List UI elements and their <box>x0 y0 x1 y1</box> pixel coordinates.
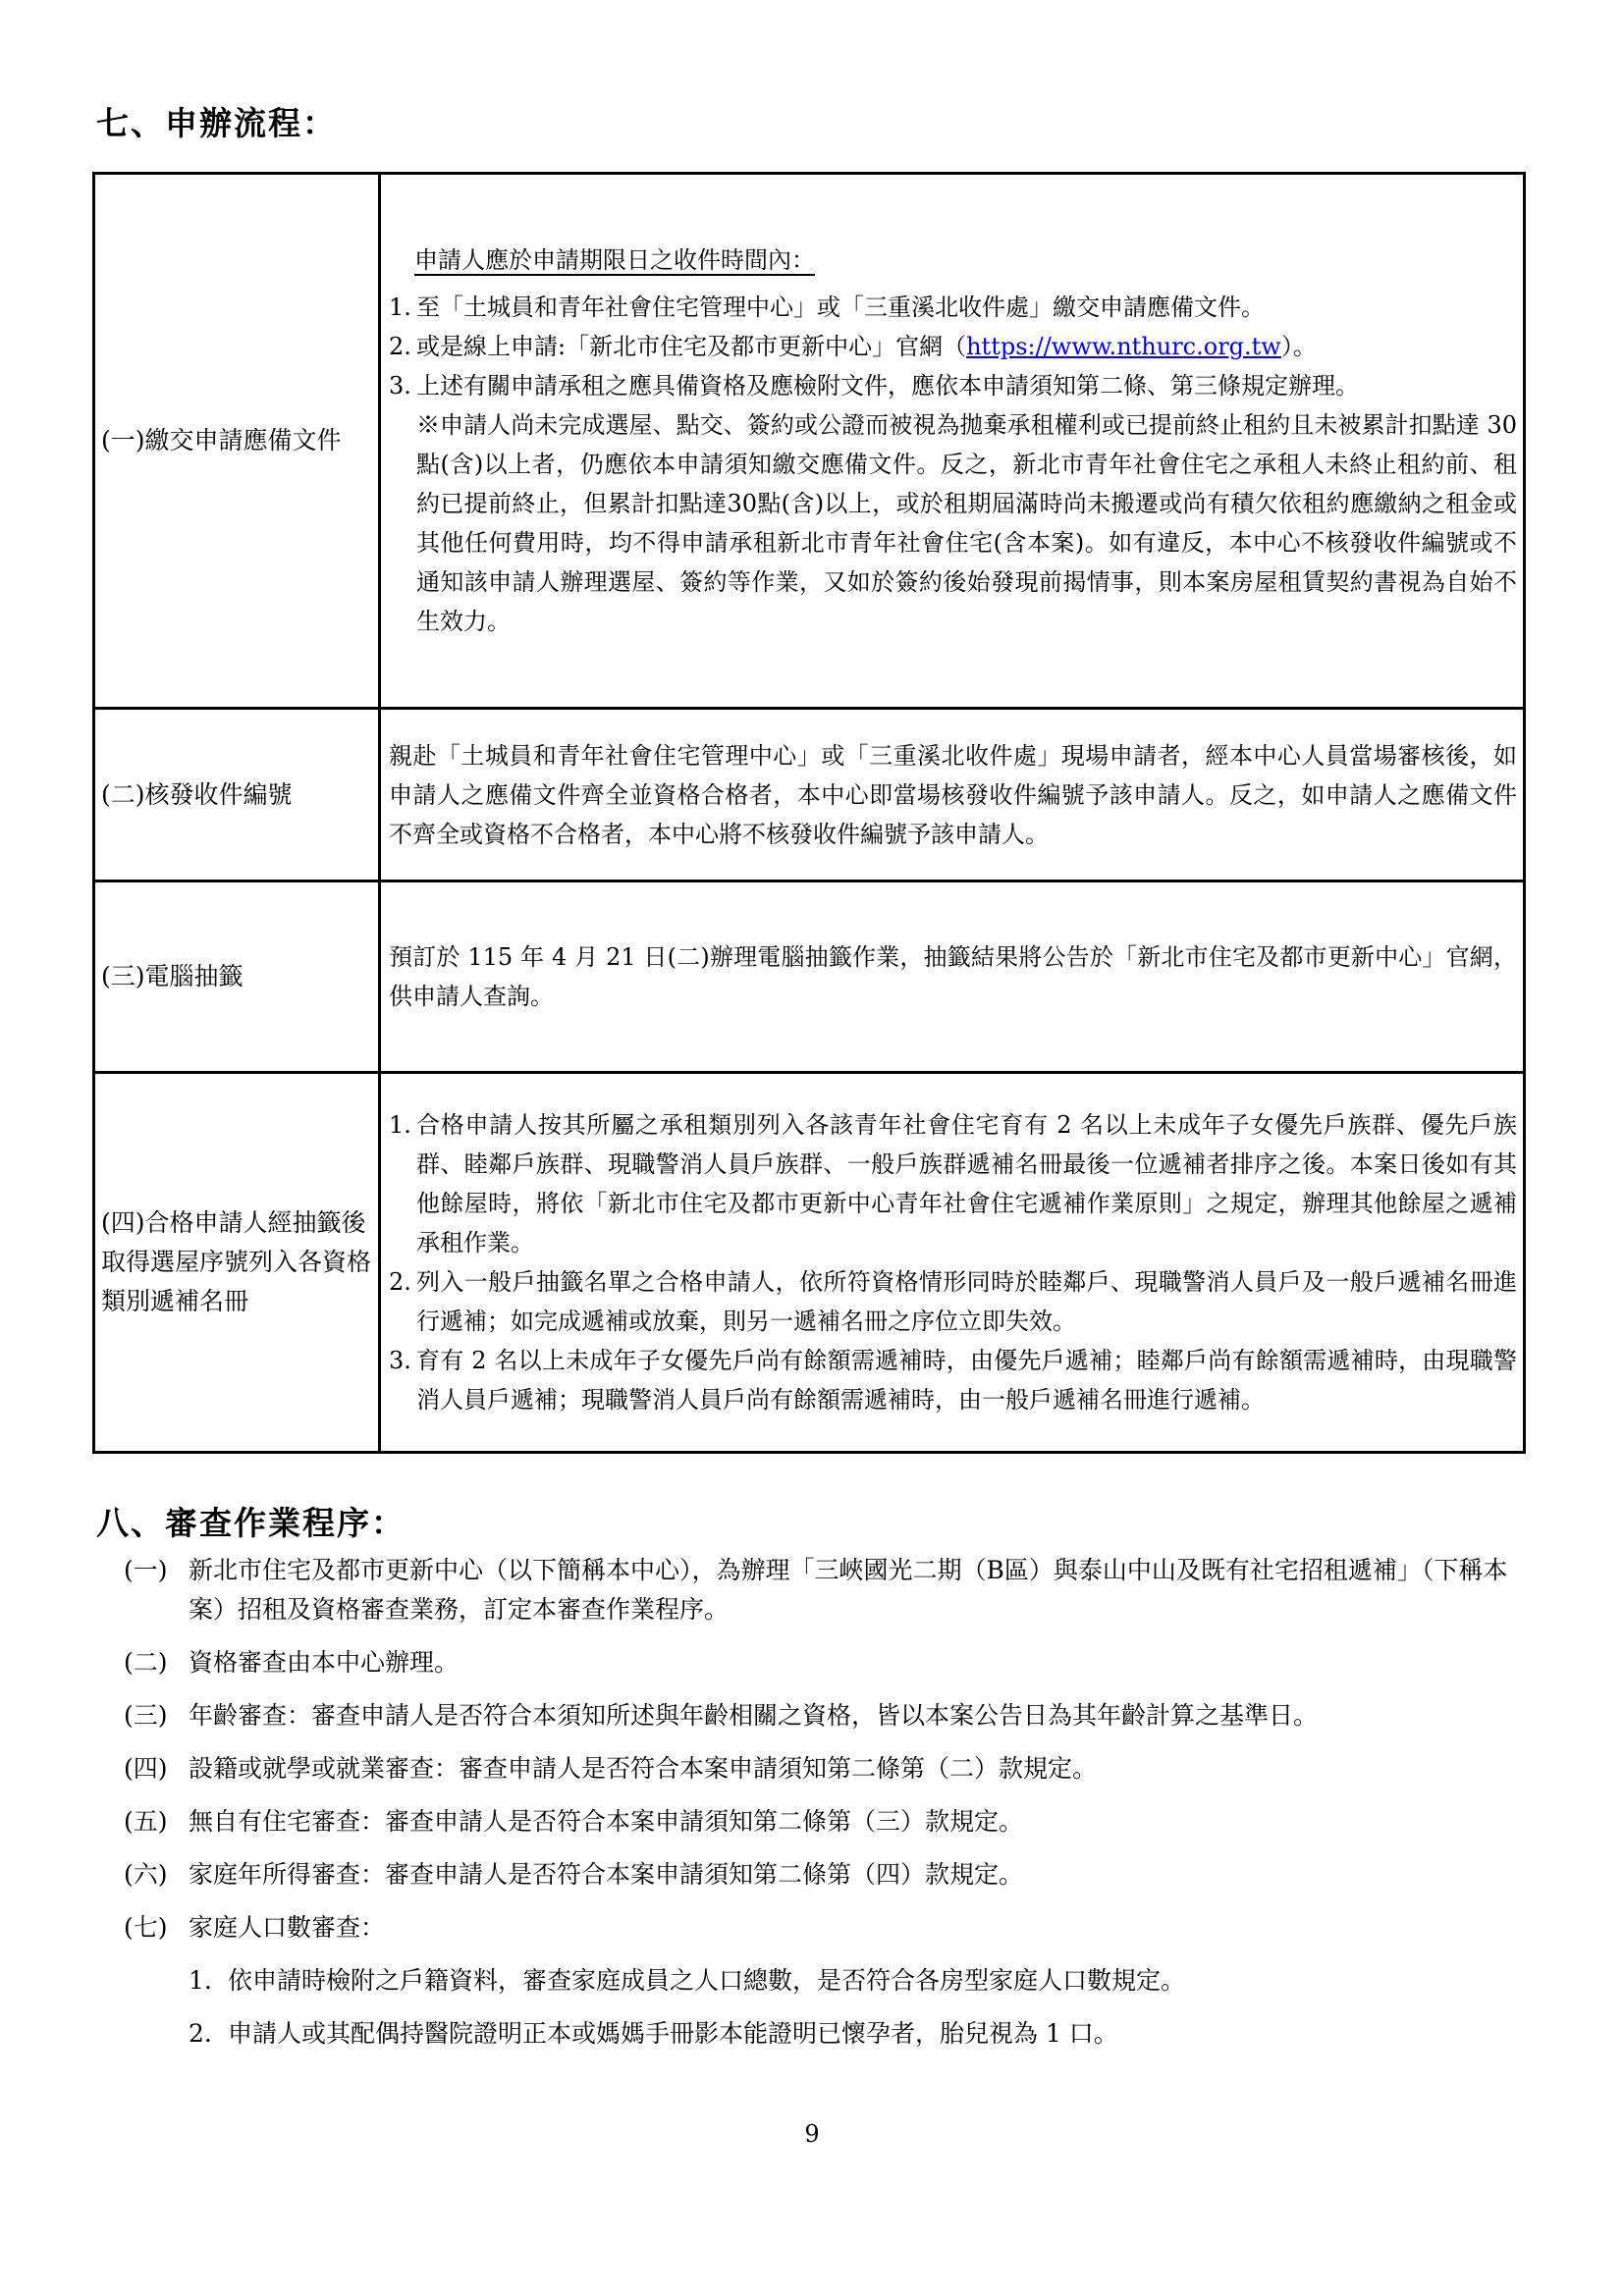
row-content: 申請人應於申請期限日之收件時間內： 1. 至「土城員和青年社會住宅管理中心」或「… <box>380 174 1525 709</box>
table-row: (三)電腦抽籤 預訂於 115 年 4 月 21 日(二)辦理電腦抽籤作業，抽籤… <box>94 881 1525 1073</box>
list-item: 1. 至「土城員和青年社會住宅管理中心」或「三重溪北收件處」繳交申請應備文件。 <box>389 288 1517 327</box>
list-item: (五)無自有住宅審查：審查申請人是否符合本案申請須知第二條第（三）款規定。 <box>124 1802 1518 1842</box>
row-label: (一)繳交申請應備文件 <box>94 174 380 709</box>
list-item: 3. 育有 2 名以上未成年子女優先戶尚有餘額需遞補時，由優先戶遞補；睦鄰戶尚有… <box>389 1341 1517 1419</box>
row-content: 預訂於 115 年 4 月 21 日(二)辦理電腦抽籤作業，抽籤結果將公告於「新… <box>380 881 1525 1073</box>
list-item: (二)資格審查由本中心辦理。 <box>124 1643 1518 1682</box>
document-page: 七、申辦流程： (一)繳交申請應備文件 申請人應於申請期限日之收件時間內： 1.… <box>0 0 1624 2296</box>
list-item: (四)設籍或就學或就業審查：審查申請人是否符合本案申請須知第二條第（二）款規定。 <box>124 1749 1518 1789</box>
application-process-table: (一)繳交申請應備文件 申請人應於申請期限日之收件時間內： 1. 至「土城員和青… <box>92 172 1526 1454</box>
table-row: (二)核發收件編號 親赴「土城員和青年社會住宅管理中心」或「三重溪北收件處」現場… <box>94 709 1525 881</box>
sub-list-item: 1.依申請時檢附之戶籍資料，審查家庭成員之人口總數，是否符合各房型家庭人口數規定… <box>124 1961 1518 2001</box>
row-label: (四)合格申請人經抽籤後取得選屋序號列入各資格類別遞補名冊 <box>94 1073 380 1453</box>
list-item: (三)年齡審查：審查申請人是否符合本須知所述與年齡相關之資格，皆以本案公告日為其… <box>124 1696 1518 1735</box>
row-content: 1. 合格申請人按其所屬之承租類別列入各該青年社會住宅育有 2 名以上未成年子女… <box>380 1073 1525 1453</box>
section-8-title: 八、審查作業程序： <box>96 1498 406 1544</box>
page-number: 9 <box>0 2120 1624 2148</box>
section-7-title: 七、申辦流程： <box>96 98 337 144</box>
row-label: (二)核發收件編號 <box>94 709 380 881</box>
list-item: (一)新北市住宅及都市更新中心（以下簡稱本中心），為辦理「三峽國光二期（B區）與… <box>124 1551 1518 1629</box>
table-row: (一)繳交申請應備文件 申請人應於申請期限日之收件時間內： 1. 至「土城員和青… <box>94 174 1525 709</box>
list-item: (六)家庭年所得審查：審查申請人是否符合本案申請須知第二條第（四）款規定。 <box>124 1855 1518 1895</box>
list-item: (七)家庭人口數審查： <box>124 1908 1518 1948</box>
list-item: 2. 列入一般戶抽籤名單之合格申請人，依所符資格情形同時於睦鄰戶、現職警消人員戶… <box>389 1262 1517 1341</box>
note-text: ※申請人尚未完成選屋、點交、簽約或公證而被視為拋棄承租權利或已提前終止租約且未被… <box>389 405 1517 641</box>
intro-text: 申請人應於申請期限日之收件時間內： <box>389 240 1517 280</box>
row-content: 親赴「土城員和青年社會住宅管理中心」或「三重溪北收件處」現場申請者，經本中心人員… <box>380 709 1525 881</box>
review-procedure-list: (一)新北市住宅及都市更新中心（以下簡稱本中心），為辦理「三峽國光二期（B區）與… <box>124 1551 1518 2067</box>
list-item: 2. 或是線上申請:「新北市住宅及都市更新中心」官網（https://www.n… <box>389 327 1517 366</box>
website-link[interactable]: https://www.nthurc.org.tw <box>966 333 1281 360</box>
list-item: 3. 上述有關申請承租之應具備資格及應檢附文件，應依本申請須知第二條、第三條規定… <box>389 366 1517 405</box>
table-row: (四)合格申請人經抽籤後取得選屋序號列入各資格類別遞補名冊 1. 合格申請人按其… <box>94 1073 1525 1453</box>
sub-list-item: 2.申請人或其配偶持醫院證明正本或媽媽手冊影本能證明已懷孕者，胎兒視為 1 口。 <box>124 2014 1518 2054</box>
row-label: (三)電腦抽籤 <box>94 881 380 1073</box>
list-item: 1. 合格申請人按其所屬之承租類別列入各該青年社會住宅育有 2 名以上未成年子女… <box>389 1105 1517 1262</box>
